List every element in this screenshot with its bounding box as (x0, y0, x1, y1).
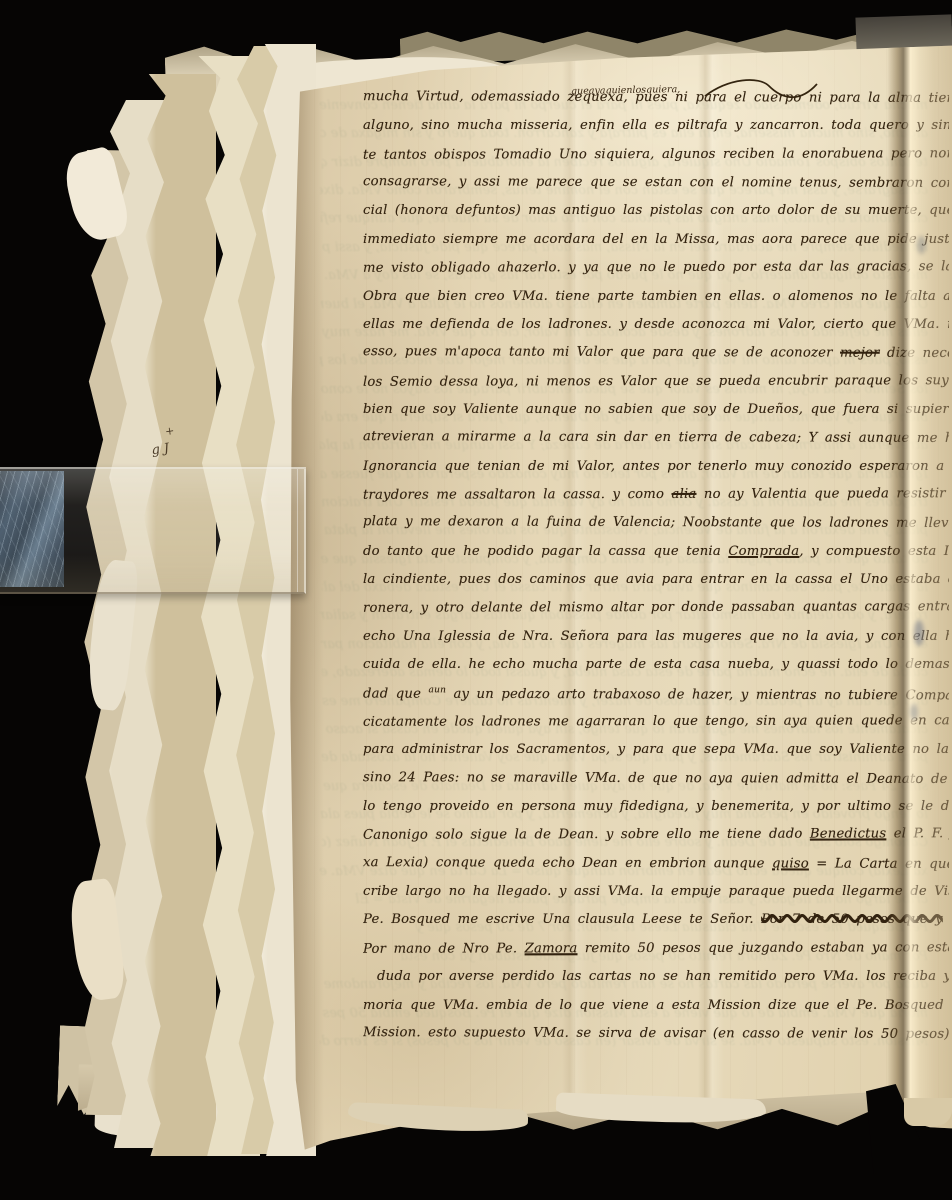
manuscript-strike-text: alia (672, 487, 697, 502)
manuscript-word-run: alguno, sino mucha misseria, enfin ella … (363, 118, 949, 133)
manuscript-word-run: cuida de ella. he echo mucha parte de es… (363, 657, 949, 672)
manuscript-word-run: Pe. Bosqued me escrive Una clausula Lees… (363, 912, 761, 927)
manuscript-line: lo tengo proveido en persona muy fidedig… (363, 799, 949, 827)
manuscript-line: mucha Virtud, odemassiado zequexa, pues … (363, 89, 949, 119)
manuscript-sup-text: aun (428, 685, 446, 695)
manuscript-line: cuida de ella. he echo mucha parte de es… (363, 657, 949, 685)
manuscript-word-run: plata y me dexaron a la fuina de Valenci… (363, 514, 949, 531)
manuscript-line: do tanto que he podido pagar la cassa qu… (363, 544, 949, 572)
manuscript-word-run: bien que soy Valiente aunque no sabien q… (363, 402, 949, 417)
manuscript-word-run: ellas me defienda de los ladrones. y des… (363, 317, 949, 332)
manuscript-word-run: ay un pedazo arto trabaxoso de hazer, y … (446, 686, 949, 703)
manuscript-ul-text: Comprada (728, 544, 799, 559)
page-gutter-fold (887, 40, 952, 1162)
manuscript-line: sino 24 Paes: no se maraville VMa. de qu… (363, 770, 949, 800)
manuscript-line: immediato siempre me acordara del en la … (363, 232, 949, 260)
manuscript-word-run: los Semio dessa loya, ni menos es Valor … (363, 373, 949, 390)
manuscript-word-run: te tantos obispos Tomadio Uno siquiera, … (363, 146, 949, 163)
manuscript-word-run: cicatamente los ladrones me agarraran lo… (363, 713, 949, 730)
manuscript-strike-text: mejor (840, 346, 880, 361)
manuscript-word-run: ronera, y otro delante del mismo altar p… (363, 600, 949, 617)
manuscript-line: cial (honora defuntos) mas antiguo las p… (363, 203, 949, 231)
manuscript-word-run: duda por averse perdido las cartas no se… (377, 969, 949, 984)
manuscript-word-run: do tanto que he podido pagar la cassa qu… (363, 544, 728, 559)
manuscript-word-run: lo tengo proveido en persona muy fidedig… (363, 799, 949, 814)
manuscript-word-run: echo Una Iglessia de Nra. Señora para la… (363, 629, 949, 644)
manuscript-word-run: Mission. esto supuesto VMa. se sirva de … (363, 1025, 949, 1042)
manuscript-word-run: Obra que bien creo VMa. tiene parte tamb… (363, 289, 949, 304)
manuscript-word-run: cribe largo no ha llegado. y assi VMa. l… (363, 884, 949, 899)
manuscript-word-run: moria que VMa. embia de lo que viene a e… (363, 998, 949, 1013)
manuscript-word-run: consagrarse, y assi me parece que se est… (363, 174, 949, 191)
marginal-mark-letters: g J (151, 441, 171, 458)
ink-smudge (914, 620, 924, 646)
manuscript-line: esso, pues m'apoca tanto mi Valor que pa… (363, 344, 949, 374)
manuscript-line: traydores me assaltaron la cassa. y como… (363, 486, 949, 516)
manuscript-word-run: atrevieran a mirarme a la cara sin dar e… (363, 429, 949, 446)
manuscript-word-run: la cindiente, pues dos caminos que avia … (363, 572, 949, 587)
manuscript-word-run: Ignorancia que tenian de mi Valor, antes… (363, 459, 949, 474)
manuscript-word-run: mucha Virtud, odemassiado zequexa, pues … (363, 89, 949, 106)
manuscript-word-run: xa Lexia) conque queda echo Dean en embr… (363, 855, 772, 871)
manuscript-word-run: traydores me assaltaron la cassa. y como (363, 487, 672, 503)
manuscript-line: Por mano de Nro Pe. Zamora remito 50 pes… (363, 940, 949, 970)
ink-smudge (917, 236, 926, 254)
ink-smudge (910, 704, 918, 720)
manuscript-line: Pe. Bosqued me escrive Una clausula Lees… (363, 912, 949, 940)
manuscript-line: ronera, y otro delante del mismo altar p… (363, 600, 949, 630)
manuscript-line: moria que VMa. embia de lo que viene a e… (363, 998, 949, 1026)
manuscript-word-run: dad que (363, 686, 429, 701)
manuscript-line: atrevieran a mirarme a la cara sin dar e… (363, 429, 949, 459)
manuscript-word-run: sino 24 Paes: no se maraville VMa. de qu… (363, 770, 949, 787)
manuscript-word-run: Canonigo solo sigue la de Dean. y sobre … (363, 827, 810, 843)
manuscript-line: me visto obligado ahazerlo. y ya que no … (363, 259, 949, 289)
manuscript-line: para administrar los Sacramentos, y para… (363, 742, 949, 770)
manuscript-word-run: esso, pues m'apoca tanto mi Valor que pa… (363, 344, 840, 360)
manuscript-line: xa Lexia) conque queda echo Dean en embr… (363, 855, 949, 885)
manuscript-line: alguno, sino mucha misseria, enfin ella … (363, 118, 949, 146)
binding-edge-corner (855, 14, 952, 51)
manuscript-line: consagrarse, y assi me parece que se est… (363, 174, 949, 204)
manuscript-line: duda por averse perdido las cartas no se… (363, 969, 949, 997)
manuscript-page: mucha Virtud, odemassiado zequexa, pues … (262, 40, 952, 1162)
glass-weight-strip (0, 467, 306, 594)
marginal-mark-cross: + (164, 424, 175, 438)
manuscript-photo: + g J mucha Virtud, odemassiado zequexa,… (0, 0, 952, 1200)
manuscript-line: Ignorancia que tenian de mi Valor, antes… (363, 459, 949, 487)
manuscript-word-run: immediato siempre me acordara del en la … (363, 232, 949, 247)
manuscript-line: plata y me dexaron a la fuina de Valenci… (363, 514, 949, 544)
gutter-page-corner (904, 1098, 952, 1126)
manuscript-line: Obra que bien creo VMa. tiene parte tamb… (363, 289, 949, 317)
manuscript-ul-text: Benedictus (810, 827, 886, 842)
manuscript-line: te tantos obispos Tomadio Uno siquiera, … (363, 146, 949, 176)
manuscript-word-run: Por mano de Nro Pe. (363, 941, 525, 956)
manuscript-line: la cindiente, pues dos caminos que avia … (363, 572, 949, 600)
manuscript-word-run: para administrar los Sacramentos, y para… (363, 742, 949, 757)
manuscript-line: ellas me defienda de los ladrones. y des… (363, 317, 949, 345)
manuscript-line: bien que soy Valiente aunque no sabien q… (363, 402, 949, 430)
manuscript-line: echo Una Iglessia de Nra. Señora para la… (363, 629, 949, 657)
manuscript-line: cicatamente los ladrones me agarraran lo… (363, 713, 949, 743)
manuscript-ul-text: Zamora (525, 941, 578, 956)
manuscript-line: Canonigo solo sigue la de Dean. y sobre … (363, 827, 949, 857)
manuscript-line: Mission. esto supuesto VMa. se sirva de … (363, 1025, 949, 1055)
manuscript-ul-text: quiso (772, 856, 809, 871)
manuscript-word-run: me visto obligado ahazerlo. y ya que no … (363, 259, 949, 276)
manuscript-line: cribe largo no ha llegado. y assi VMa. l… (363, 884, 949, 912)
manuscript-line: los Semio dessa loya, ni menos es Valor … (363, 373, 949, 403)
manuscript-word-run: cial (honora defuntos) mas antiguo las p… (363, 203, 949, 218)
manuscript-line: dad que aun ay un pedazo arto trabaxoso … (363, 685, 949, 715)
manuscript-text: queayaquienlosquiera, mucha Virtud, odem… (363, 90, 949, 1054)
